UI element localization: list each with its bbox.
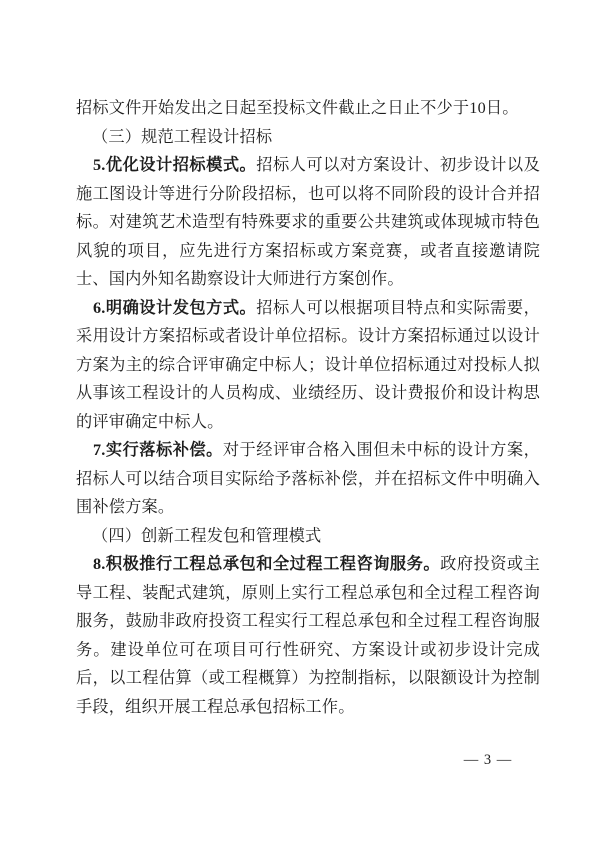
numbered-item-6: 6.明确设计发包方式。招标人可以根据项目特点和实际需要，采用设计方案招标或者设计…: [76, 294, 540, 437]
numbered-item-5: 5.优化设计招标模式。招标人可以对方案设计、初步设计以及施工图设计等进行分阶段招…: [76, 151, 540, 294]
item-8-bold-heading: 8.积极推行工程总承包和全过程工程咨询服务。: [93, 555, 440, 573]
numbered-item-7: 7.实行落标补偿。对于经评审合格入围但未中标的设计方案，招标人可以结合项目实际给…: [76, 436, 540, 522]
item-6-bold-heading: 6.明确设计发包方式。: [93, 299, 256, 317]
page-number: — 3 —: [456, 750, 520, 770]
section-heading-text: （三）规范工程设计招标: [92, 128, 272, 146]
document-body: 招标文件开始发出之日起至投标文件截止之日止不少于10日。 （三）规范工程设计招标…: [76, 94, 540, 721]
item-5-bold-heading: 5.优化设计招标模式。: [93, 156, 256, 174]
item-5-body-text: 招标人可以对方案设计、初步设计以及施工图设计等进行分阶段招标，也可以将不同阶段的…: [76, 156, 540, 288]
paragraph-continuation: 招标文件开始发出之日起至投标文件截止之日止不少于10日。: [76, 94, 540, 123]
item-8-body-text: 政府投资或主导工程、装配式建筑，原则上实行工程总承包和全过程工程咨询服务，鼓励非…: [76, 555, 540, 716]
item-7-bold-heading: 7.实行落标补偿。: [93, 441, 223, 459]
section-heading-text: （四）创新工程发包和管理模式: [92, 527, 321, 545]
section-heading-three: （三）规范工程设计招标: [76, 123, 540, 152]
paragraph-text: 招标文件开始发出之日起至投标文件截止之日止不少于10日。: [76, 99, 519, 117]
section-heading-four: （四）创新工程发包和管理模式: [76, 522, 540, 551]
item-6-body-text: 招标人可以根据项目特点和实际需要，采用设计方案招标或者设计单位招标。设计方案招标…: [76, 299, 540, 431]
document-page: 招标文件开始发出之日起至投标文件截止之日止不少于10日。 （三）规范工程设计招标…: [0, 0, 612, 852]
numbered-item-8: 8.积极推行工程总承包和全过程工程咨询服务。政府投资或主导工程、装配式建筑，原则…: [76, 550, 540, 721]
